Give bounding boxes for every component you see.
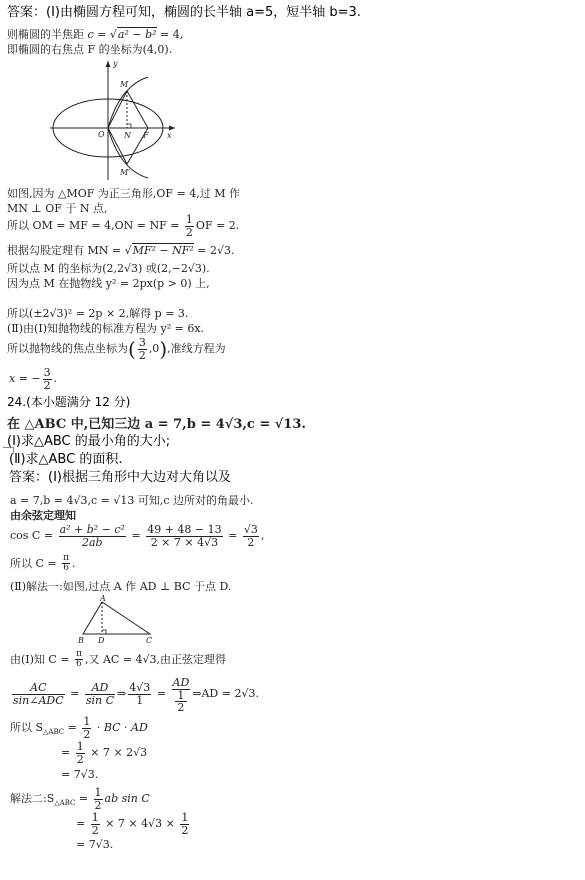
svg-text:D: D <box>97 636 105 644</box>
text: 解法二:S <box>10 792 54 805</box>
text: × 7 × 2√3 <box>87 746 147 759</box>
svg-text:B: B <box>77 636 84 644</box>
answer-header-23: 答案：(Ⅰ)由椭圆方程可知，椭圆的长半轴 a=5，短半轴 b=3. <box>7 1 361 20</box>
question-24-part2: (Ⅱ)求△ABC 的面积. <box>9 448 122 467</box>
area-method1-line3: = 7√3. <box>61 768 98 781</box>
text: 由(Ⅰ)知 C = <box>10 653 73 666</box>
fraction: 12 <box>76 741 85 765</box>
text: ,又 AC = 4√3,由正弦定理得 <box>85 653 226 666</box>
numerator: 1 <box>94 787 103 800</box>
radicand: MF² − NF² <box>132 243 194 257</box>
semi-focal-line: 则椭圆的半焦距 c = √a² − b² = 4, <box>7 26 183 42</box>
svg-text:C: C <box>146 636 152 644</box>
text: = <box>75 792 91 805</box>
numerator: 1 <box>185 214 194 227</box>
question-24-part1: (Ⅰ)求△ABC 的最小角的大小; <box>7 430 170 449</box>
fraction: 32 <box>43 367 52 391</box>
numerator: 1 <box>82 716 91 729</box>
text: = <box>153 687 169 700</box>
fraction: 12 <box>174 690 189 714</box>
ellipse-parabola-figure: y x M O N F M′ <box>40 58 180 183</box>
text: , <box>261 529 265 542</box>
denominator: 2 × 7 × 4√3 <box>146 537 222 549</box>
text: x = − <box>9 372 41 385</box>
radicand: a² − b² <box>117 27 157 41</box>
text: ,0 <box>149 342 160 355</box>
denominator: 2 <box>82 729 91 741</box>
text: = <box>64 721 80 734</box>
text: 根据勾股定理有 MN = <box>7 244 125 257</box>
directrix-line: x = −32. <box>9 367 57 391</box>
text: = <box>76 817 89 830</box>
fraction: π6 <box>75 650 83 670</box>
focus-line: 即椭圆的右焦点 F 的坐标为(4,0). <box>7 41 172 57</box>
denominator: 2 <box>91 825 100 837</box>
denominator: 2 <box>43 380 52 392</box>
parabola-line: 因为点 M 在抛物线 y² = 2px(p > 0) 上, <box>7 275 210 291</box>
text: × 7 × 4√3 × <box>102 817 179 830</box>
text: = <box>67 687 83 700</box>
fraction: ADsin C <box>85 682 115 706</box>
denominator: 2 <box>243 537 259 549</box>
denominator: 6 <box>75 660 83 669</box>
pythagoras-line: 根据勾股定理有 MN = √MF² − NF² = 2√3. <box>7 242 235 258</box>
subscript: △ABC <box>43 728 64 736</box>
text: ⇒AD = 2√3. <box>192 687 259 700</box>
text: = 2√3. <box>194 244 235 257</box>
fraction: 12 <box>91 812 100 836</box>
coords-line: 所以点 M 的坐标为(2,2√3) 或(2,−2√3). <box>7 260 210 276</box>
text: cos C = <box>10 529 57 542</box>
angle-c-line: 所以 C = π6. <box>10 554 76 574</box>
denominator: sin C <box>85 695 115 707</box>
area-method1-line1: 所以 S△ABC = 12 · BC · AD <box>10 716 148 740</box>
numerator: 3 <box>43 367 52 380</box>
cosine-formula: cos C = a² + b² − c²2ab = 49 + 48 − 132 … <box>10 524 264 548</box>
svg-text:F: F <box>142 131 149 140</box>
denominator: 1 <box>128 695 151 707</box>
text: 所以 C = <box>10 557 60 570</box>
text: 所以 OM = MF = 4,ON = NF = <box>7 219 183 232</box>
sine-law-formula: ACsin∠ADC = ADsin C⇒4√31 = AD12⇒AD = 2√3… <box>10 677 259 714</box>
denominator: 2 <box>138 350 147 362</box>
text: OF = 2. <box>196 219 239 232</box>
parabola-focus-line: 所以抛物线的焦点坐标为(32,0),准线方程为 <box>7 337 226 361</box>
fraction: 12 <box>180 812 189 836</box>
fraction: 49 + 48 − 132 × 7 × 4√3 <box>146 524 222 548</box>
part2-line: (Ⅱ)由(Ⅰ)知抛物线的标准方程为 y² = 6x. <box>7 320 204 336</box>
fraction: 12 <box>94 787 103 811</box>
subscript: △ABC <box>54 799 75 807</box>
fraction: 12 <box>185 214 194 238</box>
fraction: AD12 <box>172 677 191 714</box>
svg-text:M′: M′ <box>119 168 130 177</box>
denominator: 2 <box>185 227 194 239</box>
svg-text:M: M <box>119 80 129 89</box>
svg-text:A: A <box>99 594 106 603</box>
numerator: a² + b² − c² <box>59 524 126 537</box>
area-method1-line2: = 12 × 7 × 2√3 <box>61 741 147 765</box>
numerator: 3 <box>138 337 147 350</box>
area-method2-line1: 解法二:S△ABC = 12ab sin C <box>10 787 150 811</box>
text: ⇒ <box>117 687 126 700</box>
numerator: 1 <box>180 812 189 825</box>
numerator: AD <box>172 677 191 690</box>
numerator: AD <box>85 682 115 695</box>
denominator: 2 <box>76 754 85 766</box>
text: · BC · AD <box>93 721 147 734</box>
answer-header-24: 答案：(Ⅰ)根据三角形中大边对大角以及 <box>9 466 231 485</box>
om-line: 所以 OM = MF = 4,ON = NF = 12OF = 2. <box>7 214 239 238</box>
numerator: AC <box>12 682 65 695</box>
numerator: 1 <box>91 812 100 825</box>
fraction: 32 <box>138 337 147 361</box>
denominator: 2 <box>180 825 189 837</box>
text: c = <box>88 28 110 41</box>
text: . <box>72 557 76 570</box>
svg-text:N: N <box>123 131 132 140</box>
numerator: √3 <box>243 524 259 537</box>
fraction: √32 <box>243 524 259 548</box>
svg-text:y: y <box>112 59 118 68</box>
text: 所以抛物线的焦点坐标为 <box>7 342 128 355</box>
area-method2-line3: = 7√3. <box>76 838 113 851</box>
numerator: 1 <box>76 741 85 754</box>
text: = <box>61 746 74 759</box>
triangle-figure: A B D C <box>75 594 165 644</box>
denominator: 6 <box>62 564 70 573</box>
denominator: sin∠ADC <box>12 695 65 707</box>
text: ab sin C <box>105 792 150 805</box>
denominator: 2 <box>175 702 188 714</box>
text: ,准线方程为 <box>167 342 226 355</box>
denominator: 2 <box>94 800 103 812</box>
area-method2-line2: = 12 × 7 × 4√3 × 12 <box>76 812 191 836</box>
fraction: 4√31 <box>128 682 151 706</box>
sine-intro-line: 由(Ⅰ)知 C = π6,又 AC = 4√3,由正弦定理得 <box>10 650 226 670</box>
svg-text:O: O <box>98 130 105 139</box>
svg-text:x: x <box>167 131 172 140</box>
text: = 4, <box>157 28 184 41</box>
denominator: 2ab <box>59 537 126 549</box>
numerator: 49 + 48 − 13 <box>146 524 222 537</box>
fraction: a² + b² − c²2ab <box>59 524 126 548</box>
equilateral-line: 如图,因为 △MOF 为正三角形,OF = 4,过 M 作 <box>7 185 240 201</box>
solve-p-line: 所以(±2√3)² = 2p × 2,解得 p = 3. <box>7 305 188 321</box>
fraction: 12 <box>82 716 91 740</box>
numerator: 4√3 <box>128 682 151 695</box>
text: 则椭圆的半焦距 <box>7 28 88 41</box>
fraction: π6 <box>62 554 70 574</box>
cosine-law-line: 由余弦定理知 <box>10 507 76 523</box>
text: . <box>54 372 58 385</box>
sides-line: a = 7,b = 4√3,c = √13 可知,c 边所对的角最小. <box>10 492 254 508</box>
fraction: ACsin∠ADC <box>12 682 65 706</box>
text: 所以 S <box>10 721 43 734</box>
method1-line: (Ⅱ)解法一:如图,过点 A 作 AD ⊥ BC 于点 D. <box>10 578 231 594</box>
question-24-title: 24.(本小题满分 12 分) <box>7 393 130 410</box>
